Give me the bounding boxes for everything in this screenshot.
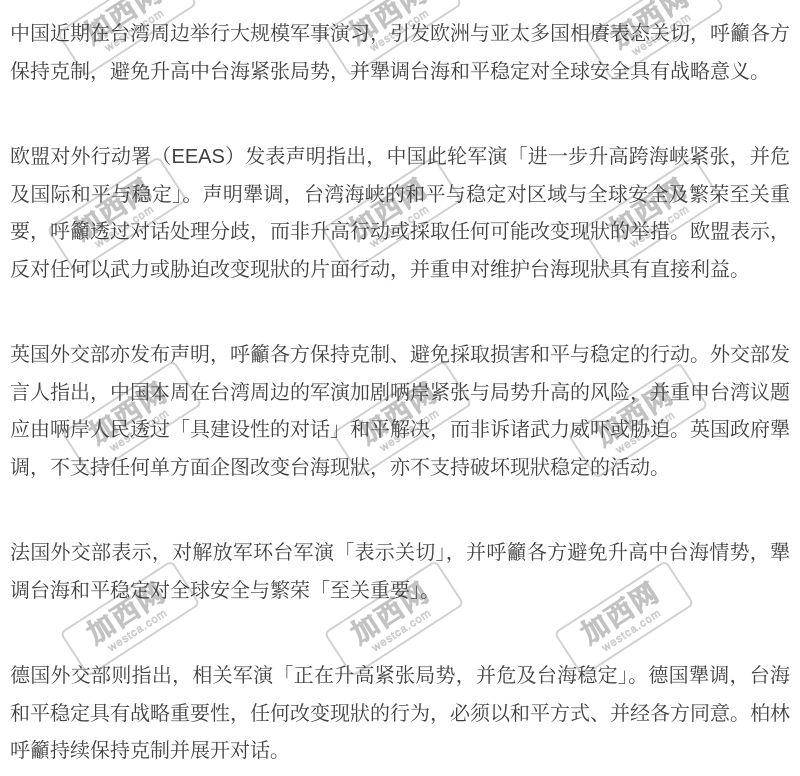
paragraph-eu-eeas: 欧盟对外行动署（EEAS）发表声明指出，中国此轮军演「进一步升高跨海峡紧张，并危… [10, 139, 790, 289]
paragraph-intro: 中国近期在台湾周边举行大规模军事演习，引发欧洲与亚太多国相賡表态关切，呼籲各方保… [10, 16, 790, 91]
paragraph-germany: 德国外交部则指出，相关军演「正在升高紧张局势，并危及台海稳定」。德国犟调，台海和… [10, 658, 790, 771]
article-body: 中国近期在台湾周边举行大规模军事演习，引发欧洲与亚太多国相賡表态关切，呼籲各方保… [0, 0, 800, 771]
paragraph-france: 法国外交部表示，对解放军环台军演「表示关切」，并呼籲各方避免升高中台海情势，犟调… [10, 535, 790, 610]
paragraph-uk: 英国外交部亦发布声明，呼籲各方保持克制、避免採取损害和平与稳定的行动。外交部发言… [10, 337, 790, 487]
